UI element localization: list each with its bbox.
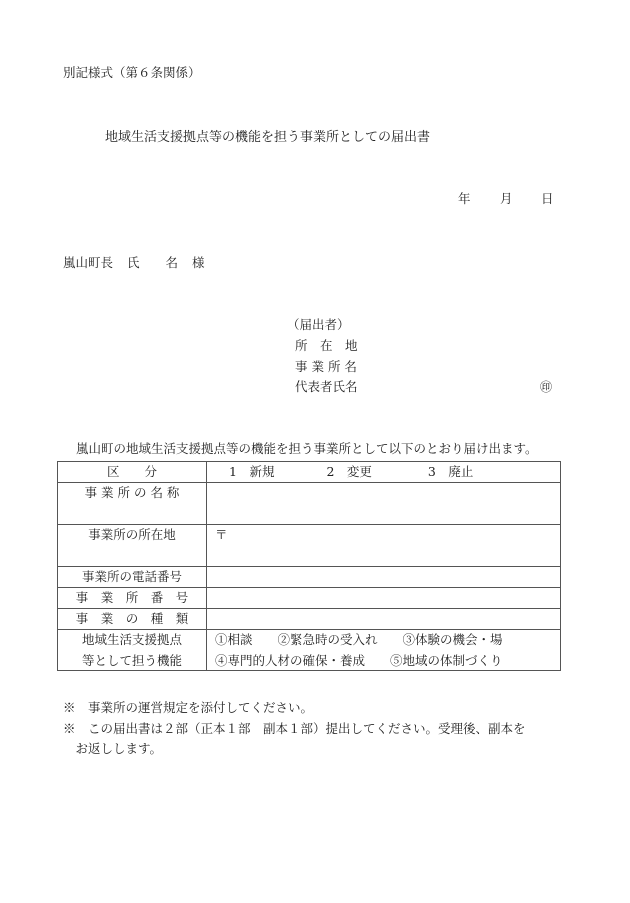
- notification-table: 区 分 1 新規2 変更3 廃止 事 業 所 の 名 称 事業所の所在地 〒 事…: [57, 461, 561, 671]
- office-phone-label: 事業所の電話番号: [58, 567, 207, 588]
- table-row: 事 業 所 の 名 称: [58, 483, 561, 525]
- footnote-2: ※ この届出書は２部（正本１部 副本１部）提出してください。受理後、副本を: [63, 723, 526, 736]
- addressee-name-a: 氏: [127, 257, 140, 270]
- office-address-field[interactable]: 〒: [207, 525, 561, 567]
- notifier-office-name-label: 事 業 所 名: [295, 361, 357, 374]
- date-year-label: 年: [458, 193, 471, 206]
- footnote-1: ※ 事業所の運営規定を添付してください。: [63, 702, 313, 715]
- functions-label: 地域生活支援拠点 等として担う機能: [58, 630, 207, 671]
- option-new[interactable]: 1 新規: [229, 466, 274, 479]
- date-day-label: 日: [541, 193, 554, 206]
- document-title: 地域生活支援拠点等の機能を担う事業所としての届出書: [105, 131, 430, 144]
- office-name-label: 事 業 所 の 名 称: [58, 483, 207, 525]
- footnote-2-cont: お返しします。: [63, 743, 162, 756]
- office-number-label: 事 業 所 番 号: [58, 588, 207, 609]
- notifier-representative-label: 代表者氏名: [295, 381, 358, 394]
- addressee-name-b: 名: [166, 257, 179, 270]
- category-label-cell: 区 分: [58, 462, 207, 483]
- option-abolish[interactable]: 3 廃止: [428, 466, 473, 479]
- addressee-honorific: 様: [192, 257, 205, 270]
- office-name-field[interactable]: [207, 483, 561, 525]
- office-number-field[interactable]: [207, 588, 561, 609]
- option-change[interactable]: 2 変更: [326, 466, 371, 479]
- office-phone-field[interactable]: [207, 567, 561, 588]
- table-row: 事業所の所在地 〒: [58, 525, 561, 567]
- category-options-cell: 1 新規2 変更3 廃止: [207, 462, 561, 483]
- table-row: 事業所の電話番号: [58, 567, 561, 588]
- table-row: 事 業 の 種 類: [58, 609, 561, 630]
- functions-options[interactable]: ①相談 ②緊急時の受入れ ③体験の機会・場 ④専門的人材の確保・養成 ⑤地域の体…: [207, 630, 561, 671]
- postal-mark: 〒: [215, 525, 560, 542]
- office-address-label: 事業所の所在地: [58, 525, 207, 567]
- table-row: 地域生活支援拠点 等として担う機能 ①相談 ②緊急時の受入れ ③体験の機会・場 …: [58, 630, 561, 671]
- intro-text: 嵐山町の地域生活支援拠点等の機能を担う事業所として以下のとおり届け出ます。: [76, 443, 538, 456]
- notifier-heading: （届出者）: [287, 319, 350, 332]
- date-month-label: 月: [500, 193, 513, 206]
- functions-line-2: ④専門的人材の確保・養成 ⑤地域の体制づくり: [215, 647, 560, 668]
- table-header-row: 区 分 1 新規2 変更3 廃止: [58, 462, 561, 483]
- business-type-label: 事 業 の 種 類: [58, 609, 207, 630]
- notifier-address-label: 所 在 地: [295, 340, 358, 353]
- business-type-field[interactable]: [207, 609, 561, 630]
- table-row: 事 業 所 番 号: [58, 588, 561, 609]
- form-label: 別記様式（第６条関係）: [63, 67, 201, 80]
- addressee-office: 嵐山町長: [63, 257, 113, 270]
- addressee: 嵐山町長氏名様: [63, 257, 205, 270]
- seal-mark: ㊞: [540, 381, 552, 393]
- functions-line-1: ①相談 ②緊急時の受入れ ③体験の機会・場: [215, 630, 560, 647]
